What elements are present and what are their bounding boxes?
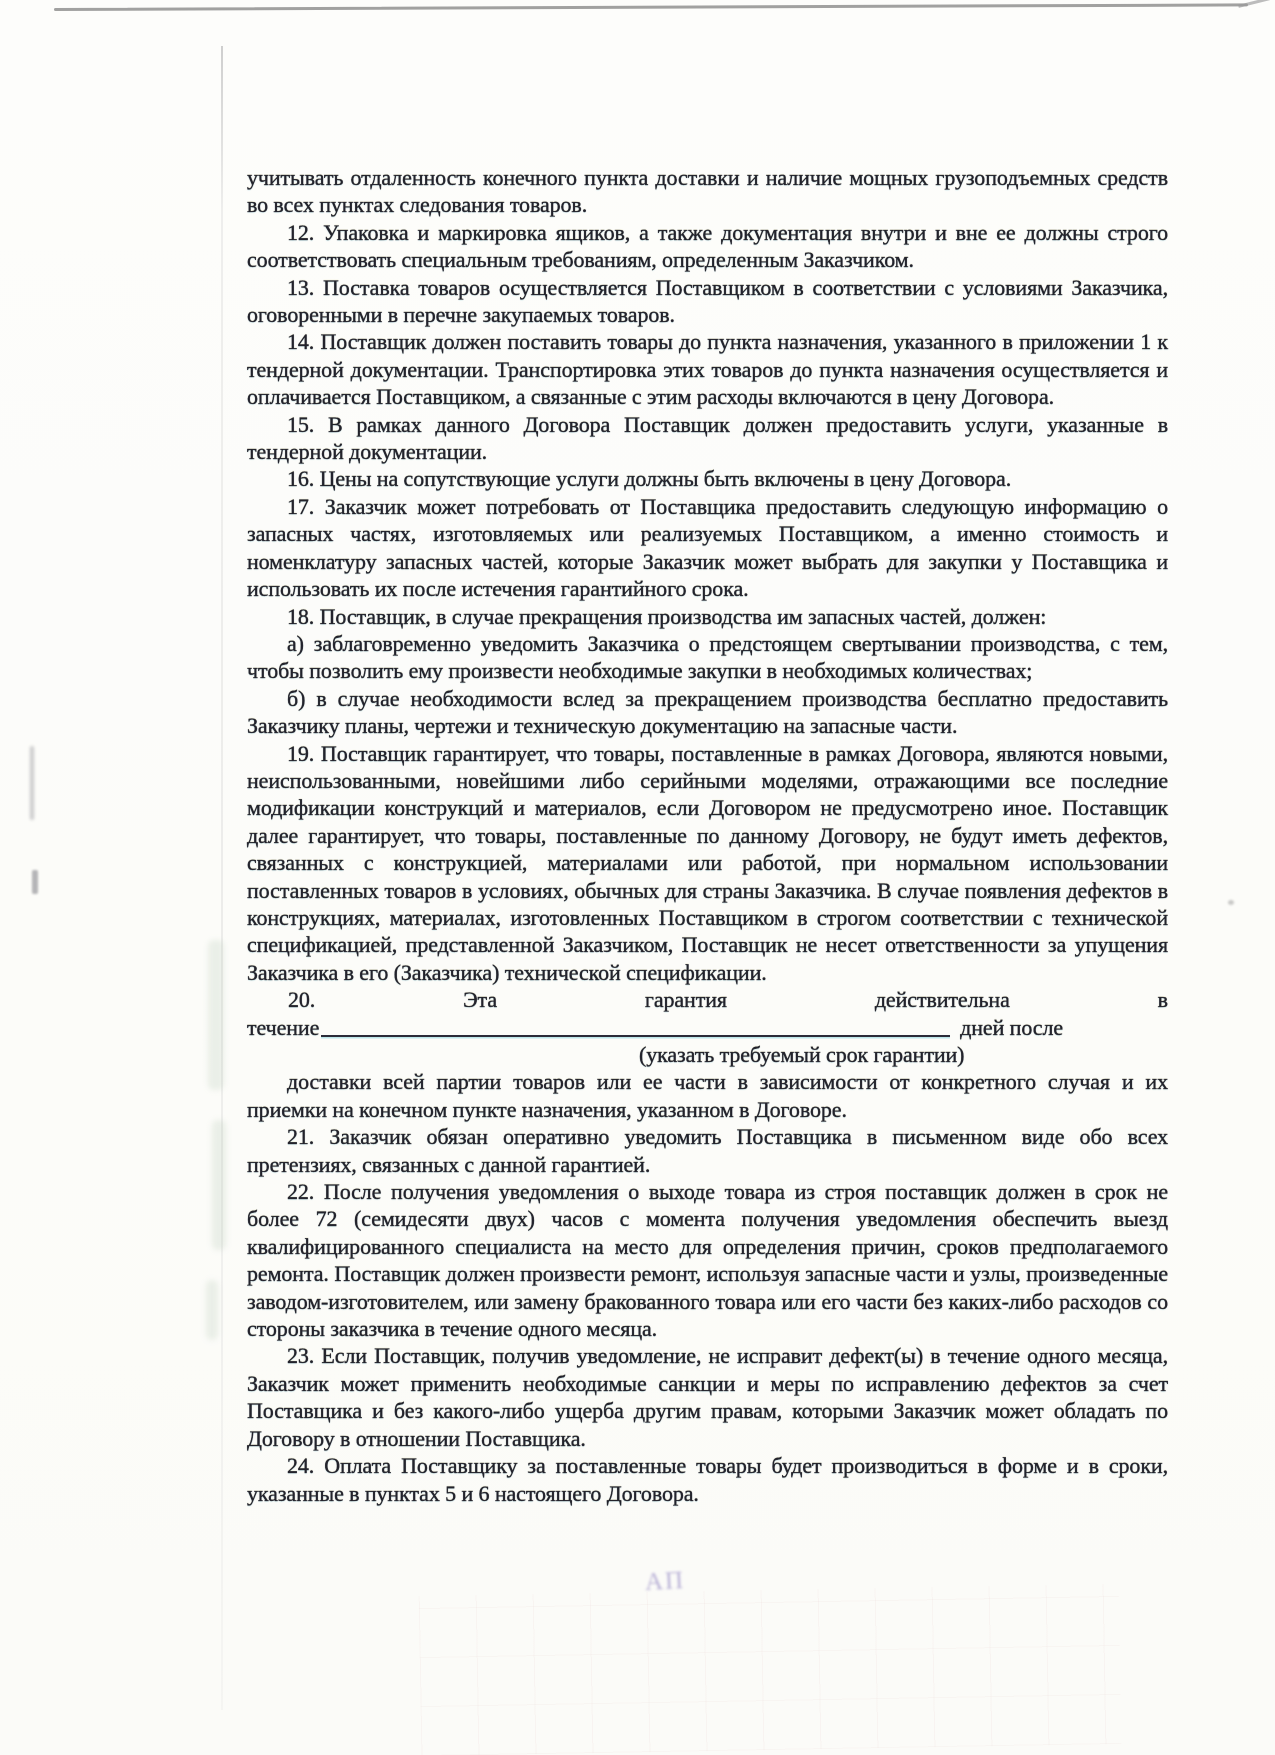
blank-underline xyxy=(321,1014,950,1041)
clause-20-fill-in-line: течение дней после xyxy=(247,1014,1168,1041)
clause-20-continuation: доставки всей партии товаров или ее част… xyxy=(247,1068,1168,1123)
clause-20-number: 20. xyxy=(288,986,315,1013)
clause-20-prefix: течение xyxy=(247,1014,319,1041)
ink-bleed-smudge xyxy=(206,1280,218,1340)
clause-17: 17. Заказчик может потребовать от Постав… xyxy=(247,493,1168,603)
scan-edge-line xyxy=(54,3,1248,11)
clause-18b: б) в случае необходимости вслед за прекр… xyxy=(247,685,1168,740)
clause-20-caption: (указать требуемый срок гарантии) xyxy=(247,1041,1168,1068)
clause-21: 21. Заказчик обязан оперативно уведомить… xyxy=(247,1123,1168,1178)
clause-24: 24. Оплата Поставщику за поставленные то… xyxy=(247,1452,1168,1507)
clause-20-spread-line: 20. Эта гарантия действительна в xyxy=(247,986,1168,1013)
clause-18: 18. Поставщик, в случае прекращения прои… xyxy=(247,603,1168,630)
scan-edge-line-tick xyxy=(1238,0,1270,8)
clause-20-word: Эта xyxy=(463,986,497,1013)
contract-body-text: учитывать отдаленность конечного пункта … xyxy=(247,164,1168,1507)
scan-smudge xyxy=(32,870,38,894)
clause-20-word: гарантия xyxy=(645,986,727,1013)
clause-15: 15. В рамках данного Договора Поставщик … xyxy=(247,411,1168,466)
clause-22: 22. После получения уведомления о выходе… xyxy=(247,1178,1168,1342)
clause-20-suffix: дней после xyxy=(950,1014,1063,1041)
clause-18a: а) заблаговременно уведомить Заказчика о… xyxy=(247,630,1168,685)
clause-16: 16. Цены на сопутствующие услуги должны … xyxy=(247,465,1168,492)
ink-bleed-smudge xyxy=(208,940,224,1090)
faint-stamp-mark: АП xyxy=(644,1567,686,1597)
scan-speck xyxy=(1228,900,1234,905)
clause-13: 13. Поставка товаров осуществляется Пост… xyxy=(247,274,1168,329)
clause-20-word: в xyxy=(1158,986,1168,1013)
clause-19: 19. Поставщик гарантирует, что товары, п… xyxy=(247,740,1168,987)
clause-12: 12. Упаковка и маркировка ящиков, а такж… xyxy=(247,219,1168,274)
graph-paper-bleedthrough xyxy=(419,1584,1122,1755)
scan-smudge xyxy=(30,746,34,820)
ink-bleed-smudge xyxy=(212,1120,226,1250)
clause-20-word: действительна xyxy=(875,986,1010,1013)
clause-14: 14. Поставщик должен поставить товары до… xyxy=(247,328,1168,410)
paragraph-11-continuation: учитывать отдаленность конечного пункта … xyxy=(247,164,1168,219)
clause-23: 23. Если Поставщик, получив уведомление,… xyxy=(247,1342,1168,1452)
photocopy-page-edge xyxy=(221,46,223,1710)
